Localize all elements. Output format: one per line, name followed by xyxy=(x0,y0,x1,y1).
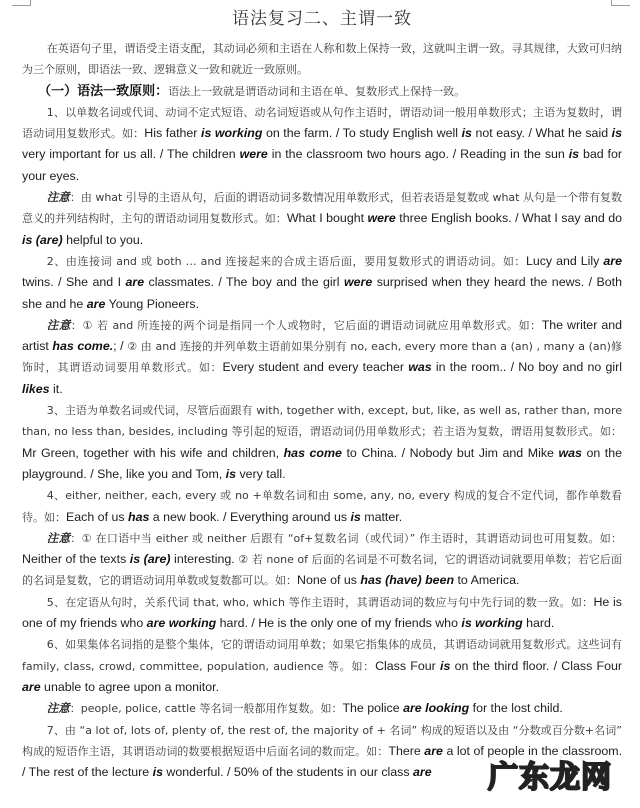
note-2: 注意：① 若 and 所连接的两个词是指同一个人或物时，它后面的谓语动词就应用单… xyxy=(22,315,622,400)
rule-5: 5、在定语从句时，关系代词 that, who, which 等作主语时，其谓语… xyxy=(22,592,622,635)
note-label: 注意 xyxy=(47,531,71,545)
document-page: 语法复习二、主谓一致 在英语句子里，谓语受主语支配，其动词必须和主语在人称和数上… xyxy=(22,6,622,783)
section-heading: （一）语法一致原则： xyxy=(38,84,168,99)
note-label: 注意 xyxy=(47,701,70,715)
note-6: 注意：people, police, cattle 等名词一般都用作复数。如：T… xyxy=(22,698,622,719)
rule-2: 2、由连接词 and 或 both … and 连接起来的合成主语后面，要用复数… xyxy=(22,251,622,315)
note-label: 注意 xyxy=(47,318,71,332)
page-title: 语法复习二、主谓一致 xyxy=(22,6,622,32)
section-heading-paragraph: （一）语法一致原则：语法上一致就是谓语动词和主语在单、复数形式上保持一致。 xyxy=(22,81,622,102)
intro-paragraph: 在英语句子里，谓语受主语支配，其动词必须和主语在人称和数上保持一致，这就叫主谓一… xyxy=(22,38,622,81)
section-description: 语法上一致就是谓语动词和主语在单、复数形式上保持一致。 xyxy=(168,85,465,98)
note-label: 注意 xyxy=(47,190,70,204)
site-watermark: 广东龙网 xyxy=(488,752,612,796)
intro-text: 在英语句子里，谓语受主语支配，其动词必须和主语在人称和数上保持一致，这就叫主谓一… xyxy=(22,42,622,76)
note-4: 注意：① 在口语中当 either 或 neither 后跟有 “of+复数名词… xyxy=(22,528,622,592)
note-1: 注意：由 what 引导的主语从句，后面的谓语动词多数情况用单数形式，但若表语是… xyxy=(22,187,622,251)
rule-1: 1、以单数名词或代词、动词不定式短语、动名词短语或从句作主语时，谓语动词一般用单… xyxy=(22,102,622,187)
rule-6: 6、如果集体名词指的是整个集体，它的谓语动词用单数；如果它指集体的成员，其谓语动… xyxy=(22,634,622,698)
rule-3: 3、主语为单数名词或代词，尽管后面跟有 with, together with,… xyxy=(22,400,622,485)
rule-4: 4、either, neither, each, every 或 no +单数名… xyxy=(22,485,622,528)
